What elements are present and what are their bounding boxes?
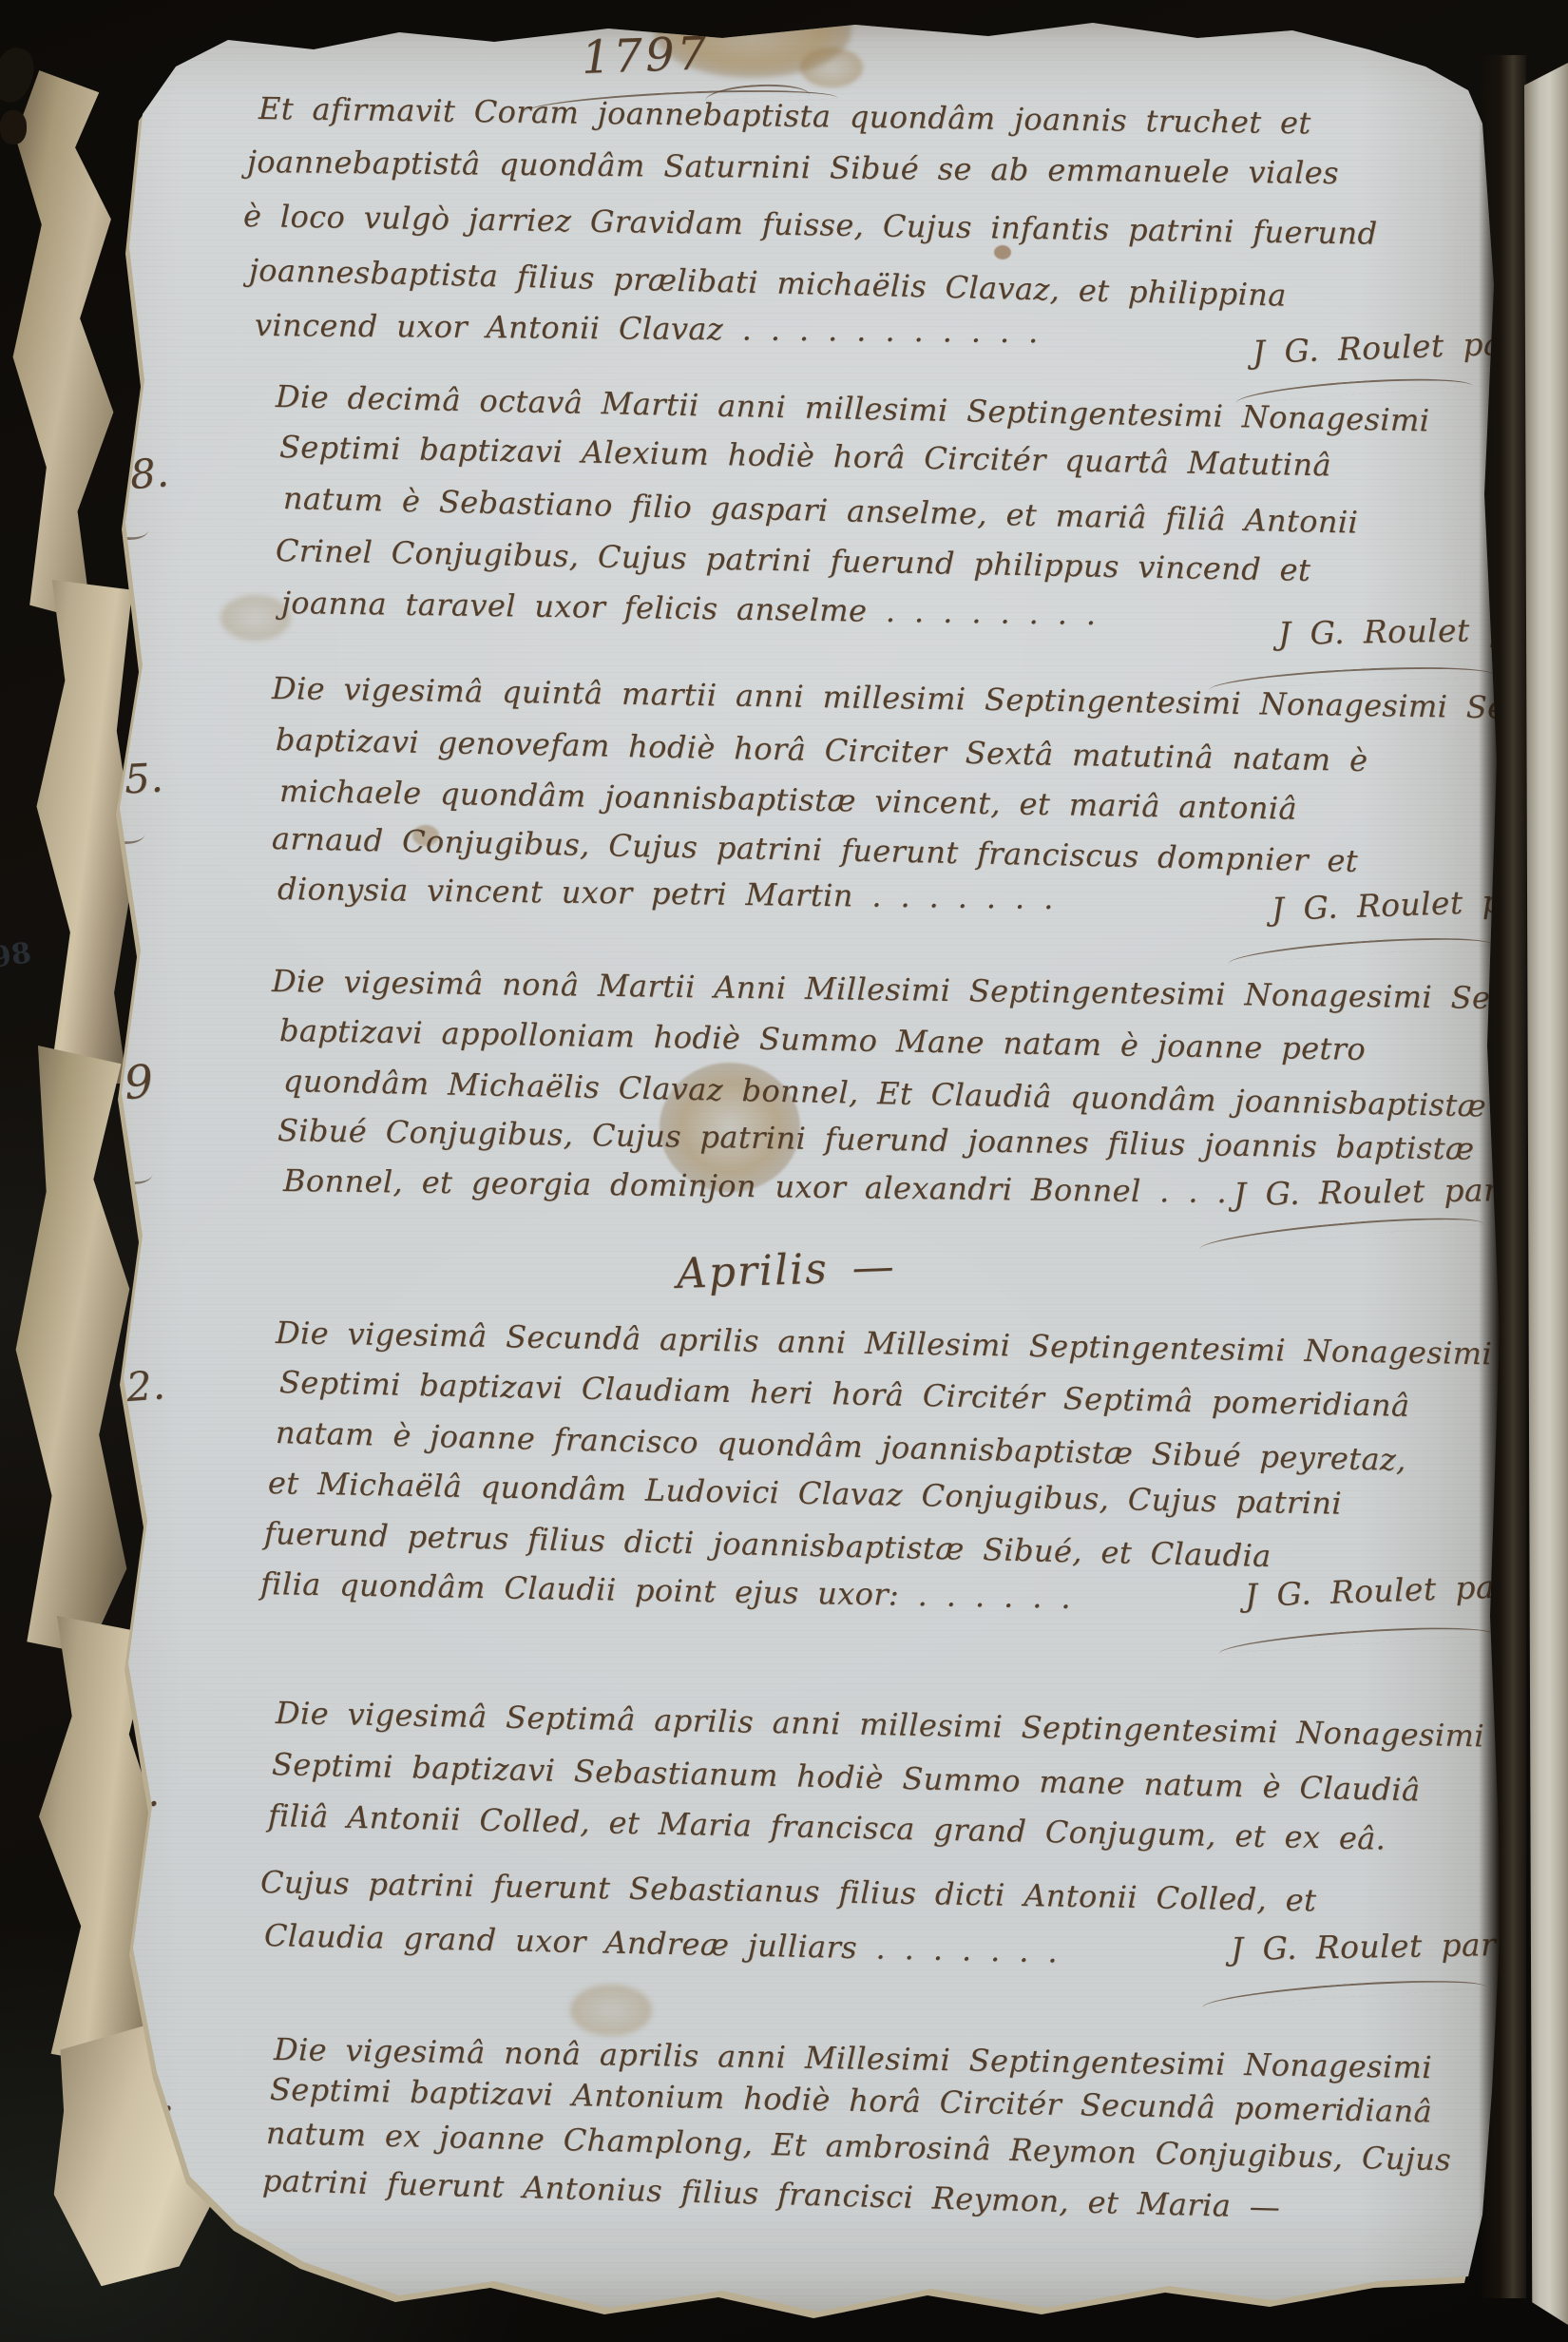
entry-line: baptizavi genovefam hodiè horâ Circiter … <box>276 722 1368 778</box>
entry-line: patrini fuerunt Antonius filius francisc… <box>262 2163 1281 2225</box>
month-heading: Aprilis — <box>676 1243 896 1299</box>
entry-line: michaele quondâm joannisbaptistæ vincent… <box>279 774 1298 826</box>
foxing-spot <box>994 245 1011 259</box>
margin-flourish <box>94 515 150 545</box>
entry-line: joannebaptistâ quondâm Saturnini Sibué s… <box>247 144 1339 191</box>
entry-line: filiâ Antonii Colled, et Maria francisca… <box>268 1798 1386 1856</box>
margin-day-number: 18. <box>103 450 170 500</box>
entry-line: Die decimâ octavâ Martii anni millesimi … <box>276 379 1430 438</box>
binding-clasp-remnant <box>0 110 27 144</box>
entry-line: joannesbaptista filius prælibati michaël… <box>249 253 1288 313</box>
year-heading: 1797 <box>581 28 710 85</box>
signature-flourish <box>1218 1622 1494 1654</box>
entry-line: et Michaëlâ quondâm Ludovici Clavaz Conj… <box>268 1466 1343 1521</box>
manuscript-scan: 98 1797 Et afirmavit Coram joannebaptist… <box>0 0 1568 2342</box>
page-number-stamp: 98 <box>0 936 33 974</box>
entry-line: Die vigesimâ Secundâ aprilis anni Milles… <box>276 1315 1493 1372</box>
entry-line: Bonnel, et georgia dominjon uxor alexand… <box>283 1163 1227 1210</box>
signature-flourish <box>1228 931 1494 963</box>
signature-flourish <box>1198 1211 1483 1249</box>
priest-signature: J G. Roulet par <box>1231 1927 1497 1968</box>
book-gutter-shadow <box>1479 55 1526 2298</box>
entry-line: filia quondâm Claudii point ejus uxor: .… <box>260 1566 1072 1616</box>
entry-line: baptizavi appolloniam hodiè Summo Mane n… <box>279 1013 1367 1067</box>
register-page: 1797 Et afirmavit Coram joannebaptista q… <box>0 0 1568 2342</box>
entry-line: Cujus patrini fuerunt Sebastianus filius… <box>260 1865 1317 1918</box>
entry-line: Septimi baptizavi Claudiam heri horâ Cir… <box>279 1365 1410 1424</box>
priest-signature: J G. Roulet par <box>1233 1172 1500 1213</box>
entry-line: natum è Sebastiano filio gaspari anselme… <box>283 481 1359 540</box>
ink-stain <box>800 48 863 87</box>
entry-line: Claudia grand uxor Andreæ julliars . . .… <box>264 1918 1059 1969</box>
margin-flourish <box>98 1160 154 1189</box>
binding-crumpled-leaf <box>6 70 125 622</box>
priest-signature: J G. Roulet par <box>1244 1568 1510 1614</box>
entry-line: Septimi baptizavi Sebastianum hodiè Summ… <box>272 1747 1421 1808</box>
facing-page-edge <box>1524 63 1568 2325</box>
entry-line: Die vigesimâ Septimâ aprilis anni milles… <box>276 1696 1485 1754</box>
signature-flourish <box>1202 1974 1487 2007</box>
entry-line: dionysia vincent uxor petri Martin . . .… <box>277 872 1054 916</box>
entry-line: joanna taravel uxor felicis anselme . . … <box>281 585 1097 632</box>
entry-line: Die vigesimâ nonâ Martii Anni Millesimi … <box>272 964 1568 1017</box>
entry-line: fuerund petrus filius dicti joannisbapti… <box>264 1516 1272 1574</box>
foxing-spot <box>570 1985 652 2036</box>
entry-line: arnaud Conjugibus, Cujus patrini fuerunt… <box>272 821 1359 879</box>
entry-line: Sibué Conjugibus, Cujus patrini fuerund … <box>277 1113 1475 1167</box>
binding-crumpled-leaf <box>2 1046 141 1654</box>
entry-line: è loco vulgò jarriez Gravidam fuisse, Cu… <box>243 199 1378 252</box>
entry-line: Septimi baptizavi Alexium hodiè horâ Cir… <box>279 430 1332 483</box>
entry-line: Et afirmavit Coram joannebaptista quondâ… <box>258 91 1311 141</box>
entry-line: vincend uxor Antonii Clavaz . . . . . . … <box>255 308 1039 350</box>
entry-line: Crinel Conjugibus, Cujus patrini fuerund… <box>276 533 1311 588</box>
